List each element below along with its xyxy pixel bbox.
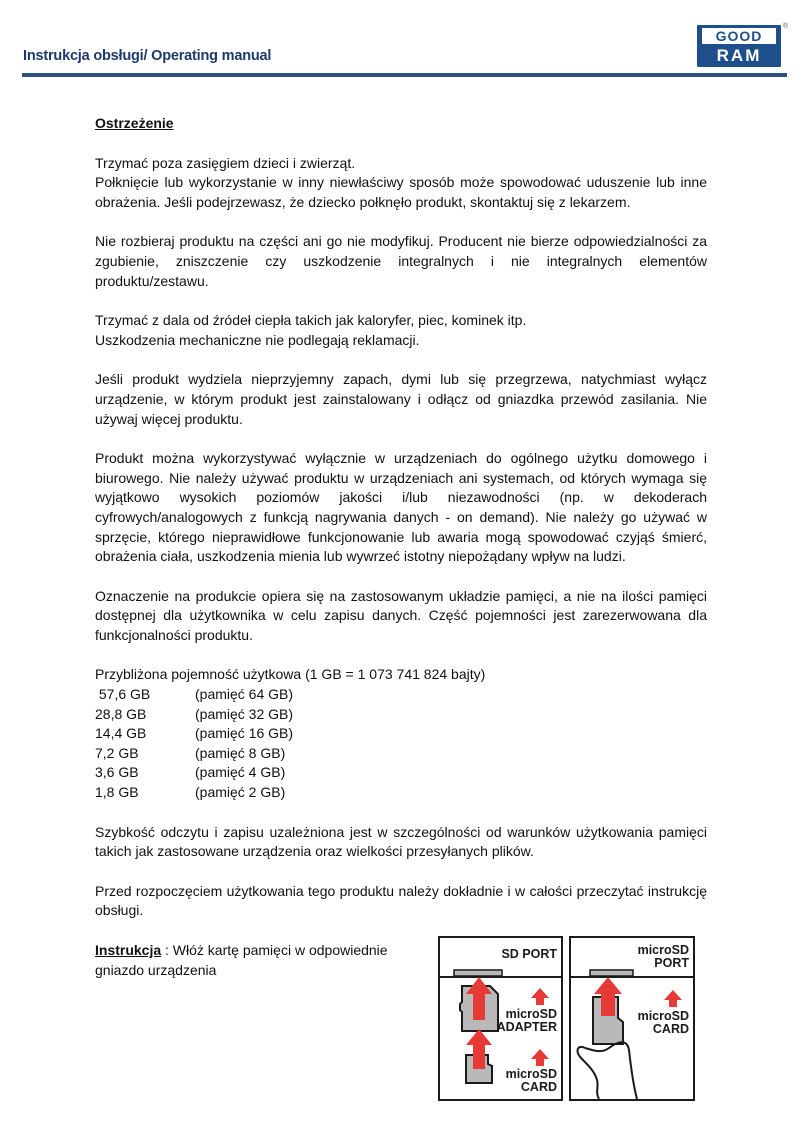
microsd-port-panel: microSD PORT microSD CARD [569,936,695,1101]
card-label: microSD CARD [495,1068,557,1094]
capacity-title: Przybliżona pojemność użytkowa (1 GB = 1… [95,665,707,685]
usable-capacity: 1,8 GB [95,783,195,803]
usable-capacity: 28,8 GB [95,705,195,725]
speed-note: Szybkość odczytu i zapisu uzależniona je… [95,823,707,862]
paragraph-line: Jeśli produkt wydziela nieprzyjemny zapa… [95,370,707,429]
paragraph-line: Trzymać z dala od źródeł ciepła takich j… [95,311,707,331]
memory-size: (pamięć 16 GB) [195,724,293,744]
capacity-row: 3,6 GB (pamięć 4 GB) [95,763,707,783]
arrow-up-icon [531,988,549,1005]
capacity-row: 28,8 GB (pamięć 32 GB) [95,705,707,725]
warning-paragraph: Trzymać z dala od źródeł ciepła takich j… [95,311,707,350]
warning-paragraph: Trzymać poza zasięgiem dzieci i zwierząt… [95,154,707,213]
read-manual-note: Przed rozpoczęciem użytkowania tego prod… [95,882,707,921]
memory-size: (pamięć 64 GB) [195,685,293,705]
usable-capacity: 57,6 GB [95,685,195,705]
instruction: Instrukcja : Włóż kartę pamięci w odpowi… [95,941,413,980]
document-body: Ostrzeżenie Trzymać poza zasięgiem dziec… [95,114,707,980]
capacity-row: 14,4 GB (pamięć 16 GB) [95,724,707,744]
document-title: Instrukcja obsługi/ Operating manual [23,48,271,64]
adapter-label: microSD ADAPTER [495,1008,557,1034]
header-divider [22,73,787,77]
arrow-up-icon [664,990,682,1007]
logo-bottom-text: RAM [702,45,776,65]
memory-size: (pamięć 4 GB) [195,763,285,783]
card-label: microSD CARD [627,1010,689,1036]
warning-paragraph: Nie rozbieraj produktu na części ani go … [95,232,707,291]
paragraph-line: Produkt można wykorzystywać wyłącznie w … [95,449,707,567]
warning-paragraph: Jeśli produkt wydziela nieprzyjemny zapa… [95,370,707,429]
memory-size: (pamięć 2 GB) [195,783,285,803]
memory-size: (pamięć 32 GB) [195,705,293,725]
usable-capacity: 7,2 GB [95,744,195,764]
arrow-up-icon [531,1049,549,1066]
warning-paragraph: Produkt można wykorzystywać wyłącznie w … [95,449,707,567]
paragraph-line: Uszkodzenia mechaniczne nie podlegają re… [95,331,707,351]
capacity-row: 1,8 GB (pamięć 2 GB) [95,783,707,803]
sd-port-panel: SD PORT microSD ADAPTER microSD CARD [438,936,563,1101]
capacity-row: 7,2 GB (pamięć 8 GB) [95,744,707,764]
paragraph-line: Trzymać poza zasięgiem dzieci i zwierząt… [95,154,707,174]
usable-capacity: 14,4 GB [95,724,195,744]
paragraph-line: Oznaczenie na produkcie opiera się na za… [95,587,707,646]
capacity-section: Przybliżona pojemność użytkowa (1 GB = 1… [95,665,707,802]
warning-paragraph: Oznaczenie na produkcie opiera się na za… [95,587,707,646]
warning-heading: Ostrzeżenie [95,114,707,134]
instruction-label: Instrukcja [95,942,161,958]
memory-size: (pamięć 8 GB) [195,744,285,764]
usable-capacity: 3,6 GB [95,763,195,783]
paragraph-line: Nie rozbieraj produktu na części ani go … [95,232,707,291]
logo-top-text: GOOD [702,28,776,44]
registered-mark: ® [783,23,788,30]
paragraph-line: Połknięcie lub wykorzystanie w inny niew… [95,173,707,212]
capacity-row: 57,6 GB (pamięć 64 GB) [95,685,707,705]
goodram-logo: GOOD RAM ® [697,25,781,67]
